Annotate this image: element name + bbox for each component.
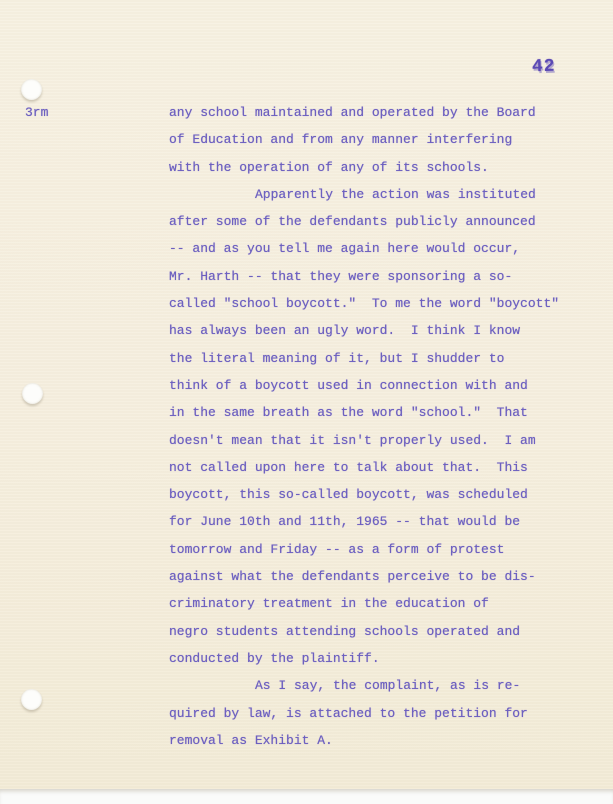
transcript-line: think of a boycott used in connection wi… [169, 372, 589, 399]
transcript-line: criminatory treatment in the education o… [169, 590, 589, 617]
paper-sheet: 42 3rm any school maintained and operate… [0, 0, 613, 789]
hole-punch-top [21, 79, 42, 100]
transcript-line: As I say, the complaint, as is re- [169, 672, 589, 699]
transcript-line: of Education and from any manner interfe… [169, 126, 589, 153]
hole-punch-bottom [21, 689, 42, 710]
transcript-line: quired by law, is attached to the petiti… [169, 700, 589, 727]
transcript-text-block: any school maintained and operated by th… [169, 99, 589, 754]
transcript-line: -- and as you tell me again here would o… [169, 235, 589, 262]
transcript-line: not called upon here to talk about that.… [169, 454, 589, 481]
transcript-line: removal as Exhibit A. [169, 727, 589, 754]
page-number-stamp: 42 [532, 57, 556, 78]
transcript-line: called "school boycott." To me the word … [169, 290, 589, 317]
transcript-line: the literal meaning of it, but I shudder… [169, 345, 589, 372]
transcript-line: against what the defendants perceive to … [169, 563, 589, 590]
transcript-line: after some of the defendants publicly an… [169, 208, 589, 235]
transcript-line: with the operation of any of its schools… [169, 154, 589, 181]
transcript-line: boycott, this so-called boycott, was sch… [169, 481, 589, 508]
scan-background-strip [0, 789, 613, 804]
scanned-page: 42 3rm any school maintained and operate… [0, 0, 613, 804]
transcript-line: in the same breath as the word "school."… [169, 399, 589, 426]
transcript-line: any school maintained and operated by th… [169, 99, 589, 126]
transcript-line: conducted by the plaintiff. [169, 645, 589, 672]
transcript-line: for June 10th and 11th, 1965 -- that wou… [169, 508, 589, 535]
margin-note: 3rm [25, 99, 48, 126]
hole-punch-middle [22, 383, 43, 404]
transcript-line: tomorrow and Friday -- as a form of prot… [169, 536, 589, 563]
transcript-line: doesn't mean that it isn't properly used… [169, 427, 589, 454]
transcript-line: Apparently the action was instituted [169, 181, 589, 208]
transcript-line: negro students attending schools operate… [169, 618, 589, 645]
transcript-line: Mr. Harth -- that they were sponsoring a… [169, 263, 589, 290]
transcript-line: has always been an ugly word. I think I … [169, 317, 589, 344]
